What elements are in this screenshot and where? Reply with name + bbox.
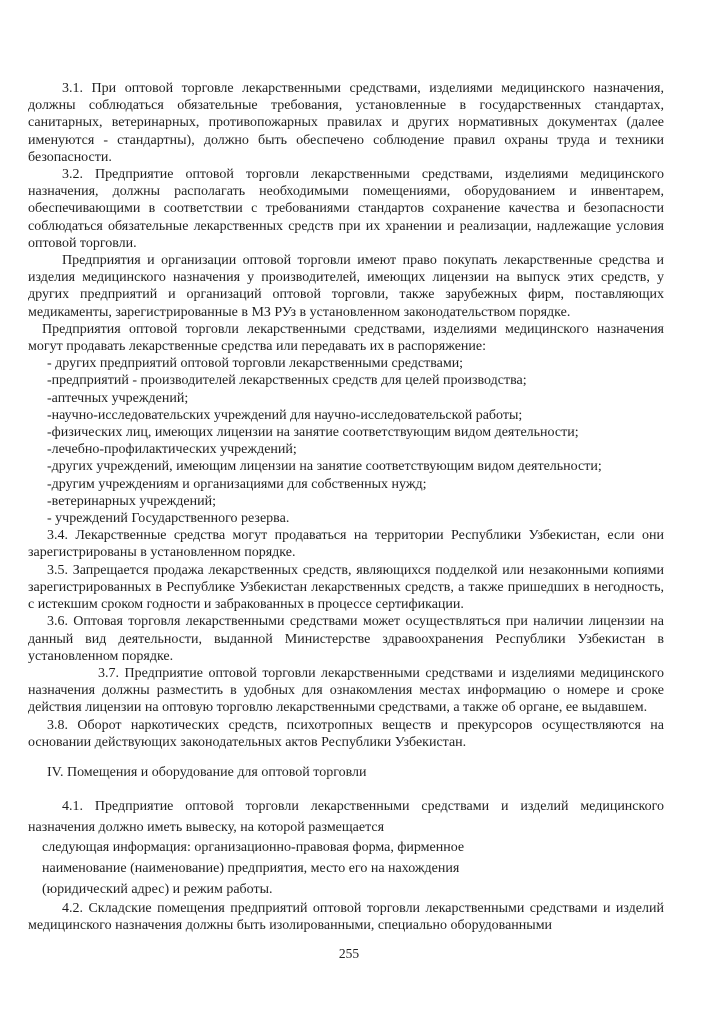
- section-heading: IV. Помещения и оборудование для оптовой…: [28, 764, 664, 781]
- page-number: 255: [0, 946, 698, 962]
- list-item: - учреждений Государственного резерва.: [28, 510, 664, 527]
- paragraph-3-5: 3.5. Запрещается продажа лекарственных с…: [28, 562, 664, 614]
- text-line: следующая информация: организационно-пра…: [28, 838, 664, 859]
- paragraph-4-2: 4.2. Складские помещения предприятий опт…: [28, 900, 664, 934]
- paragraph-3-8: 3.8. Оборот наркотических средств, психо…: [28, 717, 664, 751]
- document-text: 3.1. При оптовой торговле лекарственными…: [28, 80, 664, 935]
- paragraph-3-1: 3.1. При оптовой торговле лекарственными…: [28, 80, 664, 166]
- list-item: -ветеринарных учреждений;: [28, 493, 664, 510]
- list-item: -физических лиц, имеющих лицензии на зан…: [28, 424, 664, 441]
- text-line: наименование (наименование) предприятия,…: [28, 859, 664, 880]
- list-item: -предприятий - производителей лекарствен…: [28, 372, 664, 389]
- paragraph-purchase-rights: Предприятия и организации оптовой торгов…: [28, 252, 664, 321]
- paragraph-3-7: 3.7. Предприятие оптовой торговли лекарс…: [28, 665, 664, 717]
- paragraph-3-6: 3.6. Оптовая торговля лекарственными сре…: [28, 613, 664, 665]
- list-item: -лечебно-профилактических учреждений;: [28, 441, 664, 458]
- paragraph-3-4: 3.4. Лекарственные средства могут продав…: [28, 527, 664, 561]
- list-item: -другим учреждениям и организациями для …: [28, 476, 664, 493]
- paragraph-sale-intro: Предприятия оптовой торговли лекарственн…: [28, 321, 664, 355]
- list-item: -аптечных учреждений;: [28, 390, 664, 407]
- list-item: - других предприятий оптовой торговли ле…: [28, 355, 664, 372]
- document-page: 3.1. При оптовой торговле лекарственными…: [0, 0, 724, 1024]
- list-item: -других учреждений, имеющим лицензии на …: [28, 458, 664, 475]
- paragraph-3-2: 3.2. Предприятие оптовой торговли лекарс…: [28, 166, 664, 252]
- list-item: -научно-исследовательских учреждений для…: [28, 407, 664, 424]
- paragraph-4-1: 4.1. Предприятие оптовой торговли лекарс…: [28, 797, 664, 838]
- text-line: (юридический адрес) и режим работы.: [28, 880, 664, 901]
